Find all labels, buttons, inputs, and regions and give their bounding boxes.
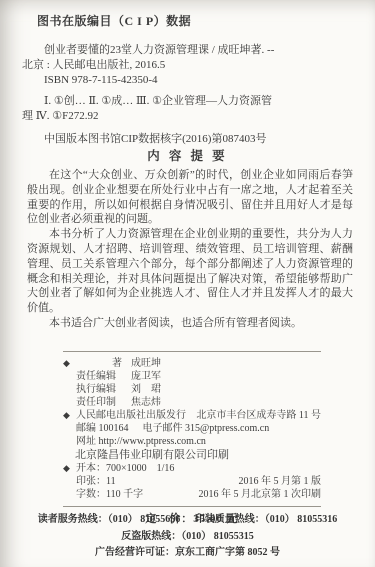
footer-section: 读者服务热线：（010） 81055656 印装质量热线：（010） 81055… xyxy=(0,512,375,562)
credit-role: 执行编辑 xyxy=(76,383,122,396)
credit-name: 刘 珺 xyxy=(131,383,161,396)
cip-record-line-2: 北京 : 人民邮电出版社, 2016.5 xyxy=(22,58,357,73)
credit-role: 责任印制 xyxy=(76,396,122,409)
format: 开本：700×1000 1/16 xyxy=(76,462,174,475)
credit-row-editor: 责任编辑 庞卫军 xyxy=(63,370,321,383)
wordcount-row: 字数：110 千字 2016 年 5 月北京第 1 次印刷 xyxy=(63,488,321,501)
format-row: ◆ 开本：700×1000 1/16 xyxy=(63,462,321,475)
abstract-paragraph-1: 在这个“大众创业、万众创新”的时代，创业企业如同雨后春笋般出现。创业企业想要在所… xyxy=(27,168,353,227)
quality-hotline: 印装质量热线：（010） 81055316 xyxy=(195,512,338,529)
credit-role: 责任编辑 xyxy=(76,370,122,383)
author-row: ◆ 著 成旺坤 xyxy=(63,357,321,370)
copyright-page: 图书在版编目（C I P）数据 创业者要懂的23堂人力资源管理课 / 成旺坤著.… xyxy=(0,0,375,567)
wordcount: 字数：110 千字 xyxy=(76,488,143,501)
edition: 2016 年 5 月第 1 版 xyxy=(239,475,322,488)
antipiracy-hotline: 反盗版热线：（010） 81055315 xyxy=(0,529,375,546)
isbn-line: ISBN 978-7-115-42350-4 xyxy=(22,73,357,88)
website: 网址 http://www.ptpress.com.cn xyxy=(76,435,206,448)
service-hotline: 读者服务热线：（010） 81055656 xyxy=(38,512,181,529)
email: 电子邮件 315@ptpress.com.cn xyxy=(143,422,270,435)
credit-name: 庞卫军 xyxy=(131,370,161,383)
sheets-row: 印张：11 2016 年 5 月第 1 版 xyxy=(63,475,321,488)
cip-registry-line: 中国版本图书馆CIP数据核字(2016)第087403号 xyxy=(22,132,357,147)
abstract-body: 在这个“大众创业、万众创新”的时代，创业企业如同雨后春笋般出现。创业企业想要在所… xyxy=(27,168,353,331)
diamond-bullet-icon: ◆ xyxy=(63,357,76,370)
cip-classification: Ⅰ. ①创… Ⅱ. ①成… Ⅲ. ①企业管理—人力资源管 理 Ⅳ. ①F272.… xyxy=(22,94,357,124)
sheets: 印张：11 xyxy=(76,475,116,488)
publisher-name: 人民邮电出版社出版发行 xyxy=(76,409,186,422)
diamond-bullet-icon: ◆ xyxy=(63,409,76,422)
printer-row: 北京隆昌伟业印刷有限公司印刷 xyxy=(63,448,321,462)
credit-row-exec-editor: 执行编辑 刘 珺 xyxy=(63,383,321,396)
author-label: 著 xyxy=(76,357,122,370)
website-row: 网址 http://www.ptpress.com.cn xyxy=(63,435,321,448)
abstract-paragraph-3: 本书适合广大创业者阅读，也适合所有管理者阅读。 xyxy=(27,316,353,331)
hotline-line-1: 读者服务热线：（010） 81055656 印装质量热线：（010） 81055… xyxy=(0,512,375,529)
abstract-paragraph-2: 本书分析了人力资源管理在企业创业期的重要性，共分为人力资源规划、人才招聘、培训管… xyxy=(27,227,353,316)
abstract-heading: 内 容 提 要 xyxy=(0,146,375,164)
colophon-section: ◆ 著 成旺坤 责任编辑 庞卫军 执行编辑 刘 珺 责任印制 焦志炜 ◆ 人民邮… xyxy=(63,351,321,526)
cip-record-line-1: 创业者要懂的23堂人力资源管理课 / 成旺坤著. -- xyxy=(22,43,357,58)
author-name: 成旺坤 xyxy=(131,357,161,370)
cip-section: 图书在版编目（C I P）数据 创业者要懂的23堂人力资源管理课 / 成旺坤著.… xyxy=(22,14,357,147)
cip-class-line-2: 理 Ⅳ. ①F272.92 xyxy=(22,109,357,124)
postcode: 邮编 100164 xyxy=(76,422,129,435)
diamond-bullet-icon: ◆ xyxy=(63,462,76,475)
publisher-address: 北京市丰台区成寿寺路 11 号 xyxy=(196,409,321,422)
publisher-row: ◆ 人民邮电出版社出版发行 北京市丰台区成寿寺路 11 号 xyxy=(63,409,321,422)
credit-name: 焦志炜 xyxy=(131,396,161,409)
postcode-email-row: 邮编 100164 电子邮件 315@ptpress.com.cn xyxy=(63,422,321,435)
credit-row-print-supervisor: 责任印制 焦志炜 xyxy=(63,396,321,409)
printing: 2016 年 5 月北京第 1 次印刷 xyxy=(199,488,322,501)
cip-class-line-1: Ⅰ. ①创… Ⅱ. ①成… Ⅲ. ①企业管理—人力资源管 xyxy=(22,94,357,109)
cip-heading: 图书在版编目（C I P）数据 xyxy=(37,14,357,29)
ad-license: 广告经营许可证：京东工商广字第 8052 号 xyxy=(0,545,375,562)
